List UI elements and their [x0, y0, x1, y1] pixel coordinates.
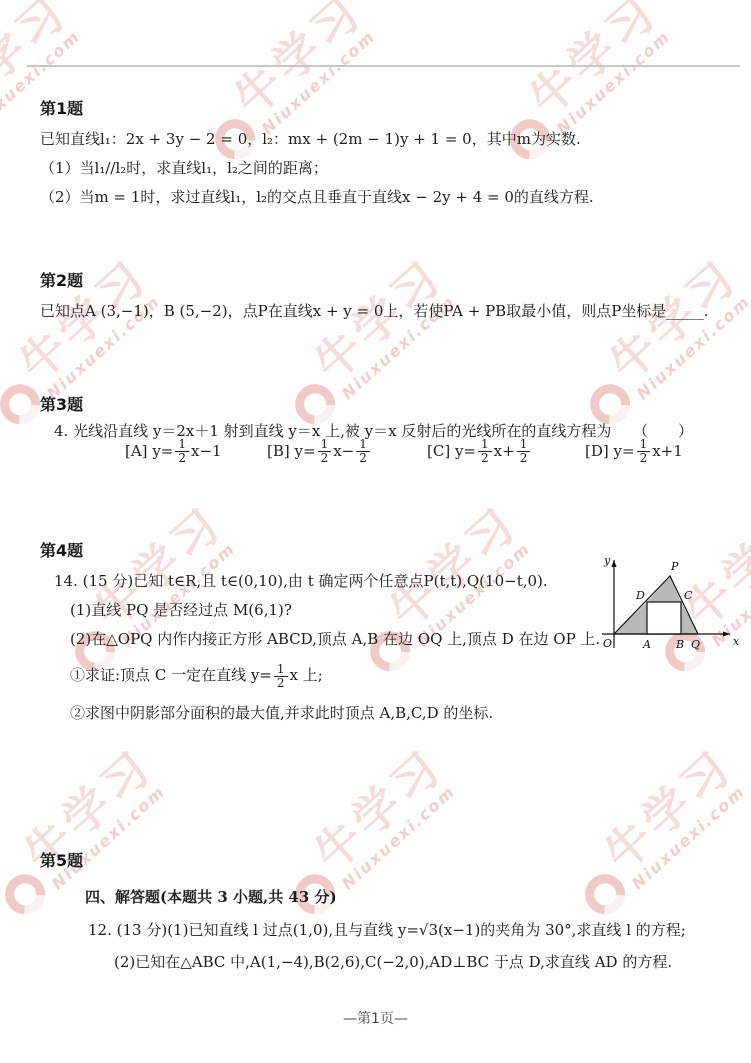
- problem-4-line-1-text: (15 分)已知 t∈R,且 t∈(0,10),由 t 确定两个任意点P(t,t…: [83, 572, 548, 590]
- fraction-denominator: 2: [637, 451, 651, 465]
- option-c-pre: y=: [455, 442, 476, 460]
- option-d-post: x+1: [652, 442, 683, 460]
- fraction-denominator: 2: [517, 451, 531, 465]
- label-c: C: [684, 589, 693, 602]
- problem-5-line-2: (2)已知在△ABC 中,A(1,−4),B(2,6),C(−2,0),AD⊥B…: [40, 952, 731, 972]
- label-p: P: [670, 560, 679, 573]
- problem-4-line-5: ②求图中阴影部分面积的最大值,并求此时顶点 A,B,C,D 的坐标.: [40, 703, 731, 723]
- fraction: 12: [274, 663, 288, 689]
- problem-5-line-1: 12. (13 分)(1)已知直线 l 过点(1,0),且与直线 y=√3(x−…: [40, 920, 731, 940]
- page-number: —第1页—: [0, 1008, 751, 1028]
- problem-1-title: 第1题: [40, 96, 731, 119]
- option-d-label: [D]: [585, 442, 609, 460]
- problem-4-line-4-pre: ①求证:顶点 C 一定在直线 y=: [70, 666, 272, 684]
- label-x: x: [733, 635, 740, 648]
- problem-2: 第2题 已知点A (3,−1)，B (5,−2)，点P在直线x + y = 0上…: [40, 268, 731, 330]
- option-d-pre: y=: [614, 442, 635, 460]
- fraction-denominator: 2: [274, 676, 288, 690]
- exam-page: 牛学习Niuxuexi.com 牛学习Niuxuexi.com 牛学习Niuxu…: [0, 0, 751, 1063]
- fraction: 12: [356, 438, 370, 464]
- problem-2-line-1: 已知点A (3,−1)，B (5,−2)，点P在直线x + y = 0上，若使P…: [40, 301, 731, 321]
- label-b: B: [675, 638, 684, 651]
- fraction-denominator: 2: [356, 451, 370, 465]
- problem-3-options: [A] y=12x−1 [B] y=12x−12 [C] y=12x+12 [D…: [125, 438, 751, 464]
- problem-4-figure: y x O A B Q P D C: [598, 552, 743, 654]
- problem-5: 第5题 四、解答题(本题共 3 小题,共 43 分) 12. (13 分)(1)…: [40, 848, 731, 981]
- problem-3: 第3题 4. 光线沿直线 y＝2x＋1 射到直线 y＝x 上,被 y＝x 反射后…: [40, 392, 731, 450]
- fraction-denominator: 2: [175, 451, 189, 465]
- fraction: 12: [517, 438, 531, 464]
- option-a-pre: y=: [152, 442, 173, 460]
- problem-1-line-3: （2）当m = 1时，求过直线l₁，l₂的交点且垂直于直线x − 2y + 4 …: [40, 187, 731, 207]
- option-b-pre: y=: [295, 442, 316, 460]
- problem-1-line-1: 已知直线l₁：2x + 3y − 2 = 0，l₂：mx + (2m − 1)y…: [40, 129, 731, 149]
- problem-1-line-2: （1）当l₁//l₂时，求直线l₁，l₂之间的距离；: [40, 158, 731, 178]
- top-divider: [27, 65, 740, 67]
- fraction: 12: [478, 438, 492, 464]
- fraction: 12: [318, 438, 332, 464]
- option-a-label: [A]: [125, 442, 148, 460]
- y-axis-arrow: [611, 560, 616, 567]
- problem-4-line-4: ①求证:顶点 C 一定在直线 y=12x 上;: [40, 663, 731, 689]
- fraction-numerator: 1: [478, 438, 492, 451]
- label-o: O: [603, 637, 612, 650]
- fraction: 12: [175, 438, 189, 464]
- option-a: [A] y=12x−1: [125, 438, 267, 464]
- problem-3-title: 第3题: [40, 392, 731, 415]
- fraction-numerator: 1: [517, 438, 531, 451]
- problem-1: 第1题 已知直线l₁：2x + 3y − 2 = 0，l₂：mx + (2m −…: [40, 96, 731, 216]
- option-c: [C] y=12x+12: [427, 438, 585, 464]
- problem-5-number: 12.: [88, 921, 112, 939]
- option-c-label: [C]: [427, 442, 450, 460]
- problem-5-title: 第5题: [40, 848, 731, 871]
- x-axis-arrow: [723, 631, 730, 636]
- option-d: [D] y=12x+1: [585, 438, 683, 464]
- option-b-label: [B]: [267, 442, 290, 460]
- option-a-post: x−1: [191, 442, 222, 460]
- problem-4-number: 14.: [54, 572, 78, 590]
- problem-3-stem-number: 4.: [40, 422, 68, 440]
- option-b-mid: x−: [333, 442, 354, 460]
- square-abcd: [647, 602, 681, 634]
- triangle-square-diagram: y x O A B Q P D C: [598, 552, 743, 654]
- problem-5-line-1-text: (13 分)(1)已知直线 l 过点(1,0),且与直线 y=√3(x−1)的夹…: [117, 921, 686, 939]
- fraction-numerator: 1: [356, 438, 370, 451]
- fraction-denominator: 2: [318, 451, 332, 465]
- fraction-denominator: 2: [478, 451, 492, 465]
- label-d: D: [635, 589, 645, 602]
- fraction-numerator: 1: [274, 663, 288, 676]
- label-y: y: [603, 554, 611, 567]
- fraction-numerator: 1: [318, 438, 332, 451]
- option-c-mid: x+: [494, 442, 515, 460]
- option-b: [B] y=12x−12: [267, 438, 427, 464]
- problem-2-title: 第2题: [40, 268, 731, 291]
- fraction-numerator: 1: [637, 438, 651, 451]
- label-a: A: [642, 638, 651, 651]
- problem-5-section-head: 四、解答题(本题共 3 小题,共 43 分): [40, 887, 731, 907]
- label-q: Q: [691, 638, 700, 651]
- fraction-numerator: 1: [175, 438, 189, 451]
- fraction: 12: [637, 438, 651, 464]
- problem-4-line-4-post: x 上;: [290, 666, 323, 684]
